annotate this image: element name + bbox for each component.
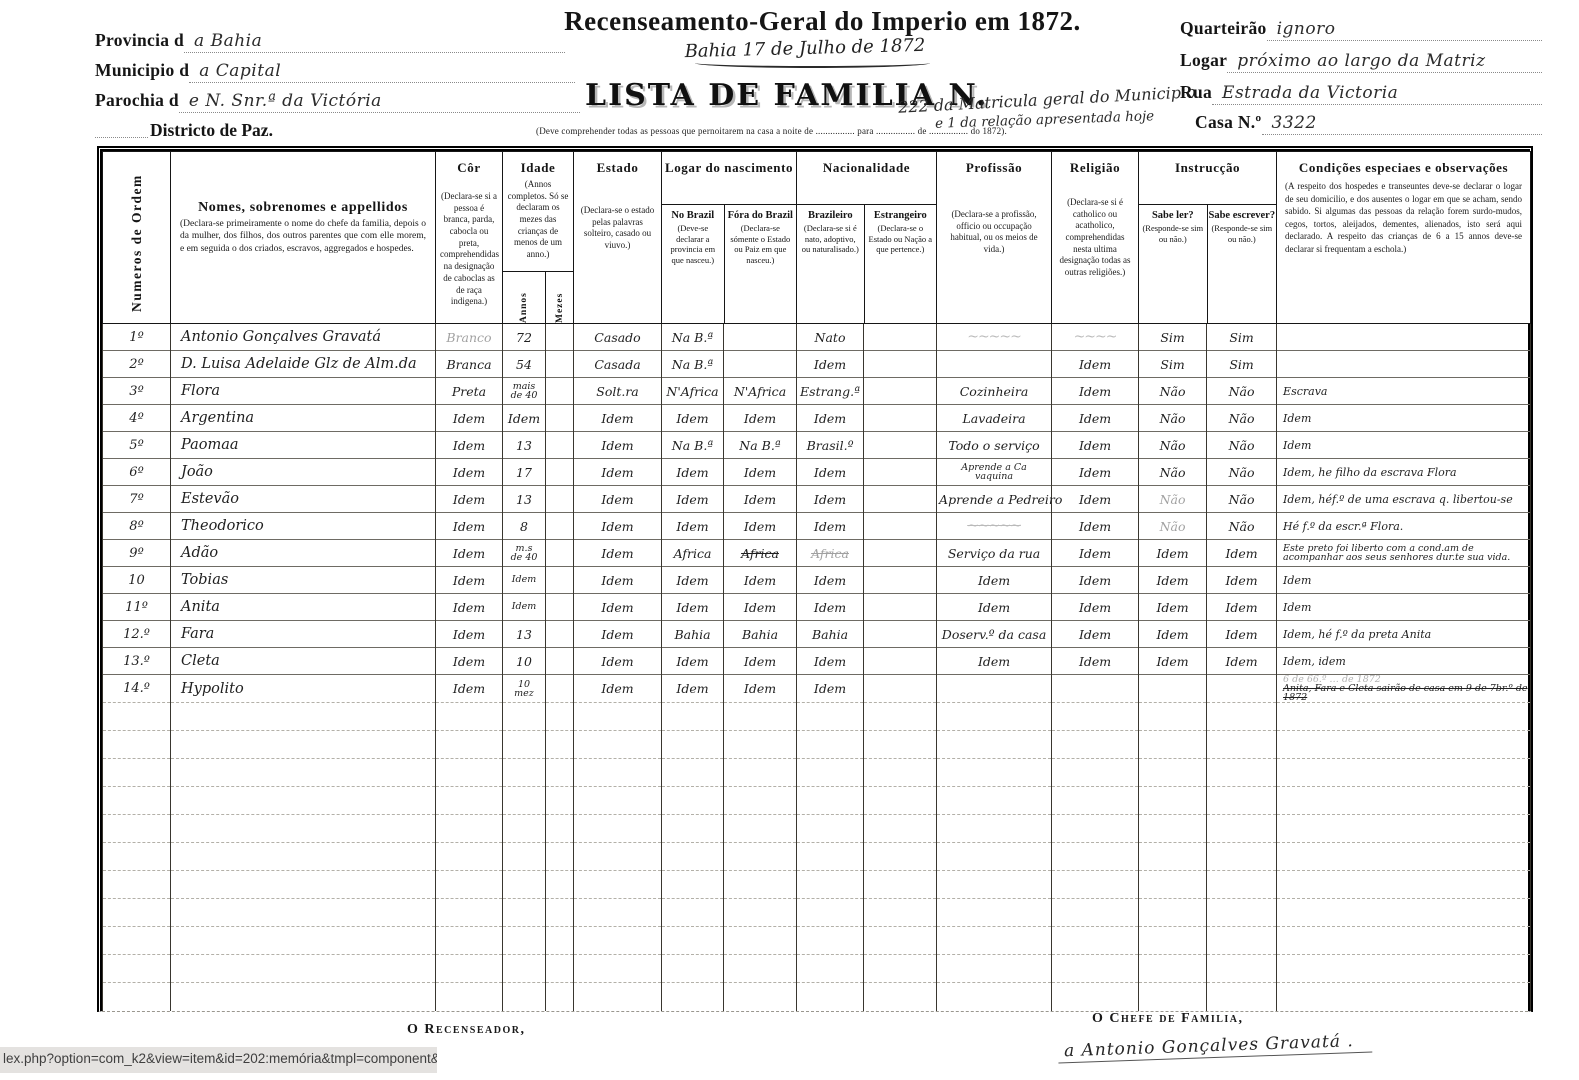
cell-estado: Solt.ra — [574, 378, 662, 405]
table-row: 10TobiasIdemIdemIdemIdemIdemIdemIdemIdem… — [103, 567, 1531, 594]
cell-mezes — [546, 540, 574, 567]
cell-empty — [103, 843, 171, 871]
cell-empty — [1277, 899, 1531, 927]
cell-estrangeiro — [864, 486, 937, 513]
column-title-profissao: Profissão — [937, 160, 1051, 176]
cell-annos: Idem — [503, 405, 546, 432]
cell-empty — [574, 983, 662, 1011]
column-header-idade: Idade (Annos completos. Só se declaram o… — [503, 152, 574, 324]
cell-empty — [724, 927, 797, 955]
cell-sabe_ler: Não — [1139, 486, 1207, 513]
cell-nome: Hypolito — [171, 675, 436, 703]
cell-empty — [546, 815, 574, 843]
cell-ordem: 12.º — [103, 621, 171, 648]
table-row: 2ºD. Luisa Adelaide Glz de Alm.daBranca5… — [103, 351, 1531, 378]
cell-empty — [574, 899, 662, 927]
cell-annos: Idem — [503, 594, 546, 621]
cell-mezes — [546, 513, 574, 540]
cell-empty — [662, 899, 724, 927]
cell-empty — [864, 815, 937, 843]
cell-nome: Tobias — [171, 567, 436, 594]
cell-no_brazil: Idem — [662, 648, 724, 675]
cell-cor: Branca — [436, 351, 503, 378]
cell-sabe_escrever: Sim — [1207, 324, 1277, 351]
column-header-cor: Côr (Declara-se si a pessoa é branca, pa… — [436, 152, 503, 324]
cell-annos: 13 — [503, 486, 546, 513]
cell-mezes — [546, 486, 574, 513]
cell-ordem: 8º — [103, 513, 171, 540]
cell-cor: Idem — [436, 621, 503, 648]
deve-comprehender-note: (Deve comprehender todas as pessoas que … — [536, 126, 1148, 136]
table-row: 5ºPaomaaIdem13IdemNa B.ªNa B.ªBrasil.ºTo… — [103, 432, 1531, 459]
subcolumn-annos: Annos — [503, 272, 545, 323]
subcolumn-sabe-ler: Sabe ler? (Responde-se sim ou não.) — [1139, 205, 1207, 323]
cell-empty — [1277, 927, 1531, 955]
cell-empty — [1139, 815, 1207, 843]
cell-empty — [1277, 871, 1531, 899]
cell-religiao: Idem — [1052, 567, 1139, 594]
cell-empty — [797, 731, 864, 759]
cell-empty — [937, 759, 1052, 787]
cell-empty — [1052, 703, 1139, 731]
cell-empty — [103, 899, 171, 927]
cell-empty — [546, 703, 574, 731]
cell-empty — [171, 759, 436, 787]
quarteirao-field: Quarteirão ignoro — [1180, 18, 1542, 41]
cell-annos: 13 — [503, 432, 546, 459]
cell-estrangeiro — [864, 513, 937, 540]
cell-fora_brazil: Idem — [724, 675, 797, 703]
cell-empty — [1277, 815, 1531, 843]
cell-empty — [436, 703, 503, 731]
cell-empty — [797, 843, 864, 871]
cell-empty — [937, 731, 1052, 759]
rua-field: Rua Estrada da Victoria — [1180, 82, 1542, 105]
cell-no_brazil: Idem — [662, 405, 724, 432]
cell-sabe_escrever: Não — [1207, 378, 1277, 405]
cell-religiao: Idem — [1052, 648, 1139, 675]
cell-brazileiro: Idem — [797, 594, 864, 621]
cell-estrangeiro — [864, 459, 937, 486]
column-title-estado: Estado — [574, 160, 661, 176]
cell-empty — [171, 843, 436, 871]
cell-sabe_escrever: Idem — [1207, 594, 1277, 621]
cell-empty — [1207, 955, 1277, 983]
cell-empty — [724, 899, 797, 927]
column-note-profissao: (Declara-se a profissão, officio ou occu… — [937, 206, 1051, 259]
cell-ordem: 3º — [103, 378, 171, 405]
cell-empty — [1277, 731, 1531, 759]
cell-obs: Idem — [1277, 567, 1531, 594]
cell-sabe_ler — [1139, 675, 1207, 703]
cell-no_brazil: Idem — [662, 459, 724, 486]
cell-religiao: Idem — [1052, 513, 1139, 540]
logar-field: Logar próximo ao largo da Matriz — [1180, 50, 1542, 73]
cell-empty — [503, 703, 546, 731]
table-empty-row — [103, 927, 1531, 955]
cell-empty — [1207, 815, 1277, 843]
column-note-idade: (Annos completos. Só se declaram os meze… — [503, 176, 573, 264]
column-header-ordem: Numeros de Ordem — [103, 152, 171, 324]
cell-obs — [1277, 324, 1531, 351]
cell-estrangeiro — [864, 621, 937, 648]
table-empty-row — [103, 871, 1531, 899]
cell-empty — [937, 899, 1052, 927]
cell-mezes — [546, 675, 574, 703]
subcolumn-brazileiro-note: (Declara-se si é nato, adoptivo, ou natu… — [797, 221, 864, 257]
cell-empty — [574, 815, 662, 843]
table-empty-row — [103, 899, 1531, 927]
cell-sabe_ler: Idem — [1139, 648, 1207, 675]
cell-cor: Idem — [436, 648, 503, 675]
cell-empty — [797, 955, 864, 983]
parochia-label: Parochia d — [95, 90, 179, 111]
cell-empty — [662, 815, 724, 843]
cell-empty — [864, 899, 937, 927]
cell-empty — [171, 983, 436, 1011]
cell-empty — [436, 815, 503, 843]
cell-nome: D. Luisa Adelaide Glz de Alm.da — [171, 351, 436, 378]
subcolumn-sabe-ler-label: Sabe ler? — [1139, 210, 1207, 221]
cell-empty — [1139, 983, 1207, 1011]
municipio-field: Municipio d a Capital — [95, 60, 575, 83]
subcolumn-brazileiro: Brazileiro (Declara-se si é nato, adopti… — [797, 205, 864, 323]
cell-no_brazil: Na B.ª — [662, 351, 724, 378]
table-empty-row — [103, 955, 1531, 983]
cell-profissao: ~~~~~ — [937, 324, 1052, 351]
cell-obs: Idem, he filho da escrava Flora — [1277, 459, 1531, 486]
cell-empty — [503, 955, 546, 983]
cell-empty — [503, 843, 546, 871]
subcolumn-estrangeiro-note: (Declara-se o Estado ou Nação a que pert… — [865, 221, 936, 257]
nacionalidade-subcolumns: Brazileiro (Declara-se si é nato, adopti… — [797, 204, 936, 323]
column-title-cor: Côr — [436, 160, 502, 176]
cell-empty — [724, 787, 797, 815]
cell-profissao — [937, 675, 1052, 703]
cell-fora_brazil: Idem — [724, 486, 797, 513]
cell-empty — [1207, 787, 1277, 815]
cell-no_brazil: Idem — [662, 513, 724, 540]
table-empty-row — [103, 843, 1531, 871]
cell-empty — [864, 731, 937, 759]
cell-empty — [103, 815, 171, 843]
subcolumn-fora-brazil-note: (Declara-se sómente o Estado ou Paiz em … — [725, 221, 796, 268]
cell-empty — [724, 815, 797, 843]
cell-no_brazil: Idem — [662, 675, 724, 703]
recenseador-label: O Recenseador, — [407, 1022, 525, 1038]
cell-empty — [724, 703, 797, 731]
cell-sabe_ler: Idem — [1139, 594, 1207, 621]
cell-empty — [1139, 927, 1207, 955]
subcolumn-estrangeiro: Estrangeiro (Declara-se o Estado ou Naçã… — [864, 205, 936, 323]
cell-empty — [436, 927, 503, 955]
cell-religiao: Idem — [1052, 351, 1139, 378]
column-header-estado: Estado (Declara-se o estado pelas palavr… — [574, 152, 662, 324]
subcolumn-no-brazil: No Brazil (Deve-se declarar a provincia … — [662, 205, 724, 323]
cell-obs: Hé f.º da escr.ª Flora. — [1277, 513, 1531, 540]
cell-sabe_ler: Idem — [1139, 567, 1207, 594]
census-table-frame: Numeros de Ordem Nomes, sobrenomes e app… — [97, 146, 1533, 1012]
cell-nome: Theodorico — [171, 513, 436, 540]
table-row: 7ºEstevãoIdem13IdemIdemIdemIdemAprende a… — [103, 486, 1531, 513]
cell-empty — [436, 955, 503, 983]
date-flourish — [695, 58, 930, 68]
column-title-condicoes: Condições especiaes e observações — [1277, 160, 1530, 176]
cell-estrangeiro — [864, 567, 937, 594]
cell-nome: Estevão — [171, 486, 436, 513]
cell-estado: Idem — [574, 513, 662, 540]
table-body: 1ºAntonio Gonçalves GravatáBranco72Casad… — [103, 324, 1531, 1011]
cell-empty — [1052, 787, 1139, 815]
cell-profissao: Aprende a Cavaquina — [937, 459, 1052, 486]
cell-profissao: ~~~~~ — [937, 513, 1052, 540]
cell-annos: Idem — [503, 567, 546, 594]
cell-empty — [103, 787, 171, 815]
cell-nome: Fara — [171, 621, 436, 648]
column-title-instruccao: Instrucção — [1139, 160, 1276, 176]
cell-empty — [1052, 871, 1139, 899]
subcolumn-mezes: Mezes — [545, 272, 573, 323]
table-row: 11ºAnitaIdemIdemIdemIdemIdemIdemIdemIdem… — [103, 594, 1531, 621]
cell-empty — [937, 927, 1052, 955]
cell-empty — [864, 703, 937, 731]
column-header-profissao: Profissão (Declara-se a profissão, offic… — [937, 152, 1052, 324]
cell-empty — [503, 787, 546, 815]
instruccao-subcolumns: Sabe ler? (Responde-se sim ou não.) Sabe… — [1139, 204, 1276, 323]
cell-empty — [503, 927, 546, 955]
cell-nome: Paomaa — [171, 432, 436, 459]
subcolumn-no-brazil-label: No Brazil — [662, 210, 724, 221]
cell-empty — [1207, 731, 1277, 759]
cell-empty — [1277, 983, 1531, 1011]
cell-profissao — [937, 351, 1052, 378]
cell-empty — [662, 759, 724, 787]
cell-empty — [797, 927, 864, 955]
cell-no_brazil: Idem — [662, 486, 724, 513]
cell-no_brazil: Bahia — [662, 621, 724, 648]
cell-empty — [797, 815, 864, 843]
cell-brazileiro: Nato — [797, 324, 864, 351]
subcolumn-sabe-escrever: Sabe escrever? (Responde-se sim ou não.) — [1207, 205, 1277, 323]
cell-sabe_escrever: Não — [1207, 432, 1277, 459]
cell-brazileiro: Brasil.º — [797, 432, 864, 459]
cell-empty — [1207, 871, 1277, 899]
cell-cor: Idem — [436, 540, 503, 567]
cell-sabe_escrever: Idem — [1207, 540, 1277, 567]
cell-annos: 54 — [503, 351, 546, 378]
cell-sabe_ler: Idem — [1139, 540, 1207, 567]
cell-empty — [864, 955, 937, 983]
document-title: Recenseamento-Geral do Imperio em 1872. — [540, 6, 1105, 37]
cell-empty — [546, 843, 574, 871]
cell-cor: Idem — [436, 513, 503, 540]
cell-annos: 17 — [503, 459, 546, 486]
cell-empty — [1139, 843, 1207, 871]
municipio-label: Municipio d — [95, 60, 189, 81]
cell-ordem: 9º — [103, 540, 171, 567]
cell-empty — [103, 955, 171, 983]
districto-label: Districto de Paz. — [150, 120, 273, 141]
cell-empty — [574, 871, 662, 899]
cell-empty — [724, 843, 797, 871]
table-empty-row — [103, 983, 1531, 1011]
cell-empty — [662, 983, 724, 1011]
column-title-religiao: Religião — [1052, 160, 1138, 176]
table-empty-row — [103, 703, 1531, 731]
cell-empty — [1277, 843, 1531, 871]
cell-estrangeiro — [864, 675, 937, 703]
column-header-instruccao: Instrucção Sabe ler? (Responde-se sim ou… — [1139, 152, 1277, 324]
cell-empty — [1052, 759, 1139, 787]
cell-empty — [724, 731, 797, 759]
cell-obs: Este preto foi liberto com a cond.am dea… — [1277, 540, 1531, 567]
column-note-cor: (Declara-se si a pessoa é branca, parda,… — [436, 188, 502, 311]
logar-label: Logar — [1180, 50, 1227, 71]
logar-value: próximo ao largo da Matriz — [1227, 51, 1542, 73]
cell-fora_brazil: Africa — [724, 540, 797, 567]
cell-brazileiro: Idem — [797, 486, 864, 513]
cell-empty — [662, 955, 724, 983]
subcolumn-fora-brazil-label: Fóra do Brazil — [725, 210, 796, 221]
cell-religiao: Idem — [1052, 486, 1139, 513]
cell-empty — [503, 731, 546, 759]
chefe-familia-signature: a Antonio Gonçalves Gravatá . — [1058, 1031, 1372, 1064]
cell-obs: Idem — [1277, 432, 1531, 459]
cell-ordem: 13.º — [103, 648, 171, 675]
cell-empty — [503, 815, 546, 843]
subcolumn-no-brazil-note: (Deve-se declarar a provincia em que nas… — [662, 221, 724, 268]
cell-empty — [503, 983, 546, 1011]
cell-religiao: ~~~~ — [1052, 324, 1139, 351]
column-header-nacionalidade: Nacionalidade Brazileiro (Declara-se si … — [797, 152, 937, 324]
cell-empty — [574, 703, 662, 731]
cell-sabe_escrever: Idem — [1207, 567, 1277, 594]
cell-profissao: Serviço da rua — [937, 540, 1052, 567]
cell-empty — [937, 703, 1052, 731]
cell-ordem: 4º — [103, 405, 171, 432]
rua-value: Estrada da Victoria — [1212, 83, 1542, 105]
cell-profissao: Aprende a Pedreiro — [937, 486, 1052, 513]
cell-estrangeiro — [864, 540, 937, 567]
cell-empty — [864, 927, 937, 955]
cell-estado: Idem — [574, 648, 662, 675]
cell-religiao: Idem — [1052, 378, 1139, 405]
cell-empty — [574, 787, 662, 815]
cell-empty — [662, 787, 724, 815]
cell-fora_brazil — [724, 324, 797, 351]
cell-empty — [103, 927, 171, 955]
cell-estrangeiro — [864, 378, 937, 405]
cell-mezes — [546, 648, 574, 675]
cell-empty — [797, 759, 864, 787]
cell-empty — [1139, 871, 1207, 899]
cell-mezes — [546, 351, 574, 378]
cell-empty — [1139, 759, 1207, 787]
cell-religiao: Idem — [1052, 432, 1139, 459]
cell-estado: Idem — [574, 540, 662, 567]
table-empty-row — [103, 759, 1531, 787]
cell-empty — [546, 787, 574, 815]
cell-ordem: 11º — [103, 594, 171, 621]
cell-empty — [574, 759, 662, 787]
cell-empty — [546, 759, 574, 787]
casa-value: 3322 — [1262, 113, 1542, 135]
cell-empty — [103, 983, 171, 1011]
cell-brazileiro: Idem — [797, 567, 864, 594]
cell-empty — [797, 787, 864, 815]
cell-estado: Casado — [574, 324, 662, 351]
cell-ordem: 1º — [103, 324, 171, 351]
cell-religiao: Idem — [1052, 540, 1139, 567]
cell-ordem: 2º — [103, 351, 171, 378]
cell-obs: 6 de 66.º … de 1872Anita, Fara e Cleta s… — [1277, 675, 1531, 703]
cell-empty — [546, 955, 574, 983]
cell-empty — [724, 871, 797, 899]
cell-profissao: Idem — [937, 567, 1052, 594]
subcolumn-sabe-ler-note: (Responde-se sim ou não.) — [1139, 221, 1207, 246]
cell-empty — [724, 955, 797, 983]
cell-nome: Argentina — [171, 405, 436, 432]
cell-fora_brazil: Idem — [724, 405, 797, 432]
cell-mezes — [546, 621, 574, 648]
cell-mezes — [546, 594, 574, 621]
cell-empty — [503, 899, 546, 927]
cell-empty — [103, 871, 171, 899]
cell-estado: Idem — [574, 405, 662, 432]
cell-obs — [1277, 351, 1531, 378]
cell-brazileiro: Idem — [797, 459, 864, 486]
cell-religiao: Idem — [1052, 459, 1139, 486]
cell-sabe_escrever: Sim — [1207, 351, 1277, 378]
cell-empty — [1052, 927, 1139, 955]
cell-annos: m.sde 40 — [503, 540, 546, 567]
cell-empty — [1277, 703, 1531, 731]
browser-status-bar: lex.php?option=com_k2&view=item&id=202:m… — [0, 1047, 437, 1073]
cell-sabe_ler: Não — [1139, 432, 1207, 459]
cell-empty — [171, 871, 436, 899]
subcolumn-brazileiro-label: Brazileiro — [797, 210, 864, 221]
cell-empty — [574, 927, 662, 955]
cell-annos: 10 — [503, 648, 546, 675]
cell-empty — [662, 871, 724, 899]
cell-fora_brazil: Idem — [724, 648, 797, 675]
cell-empty — [662, 843, 724, 871]
cell-mezes — [546, 324, 574, 351]
cell-estado: Casada — [574, 351, 662, 378]
cell-empty — [171, 927, 436, 955]
cell-mezes — [546, 405, 574, 432]
cell-nome: Anita — [171, 594, 436, 621]
cell-mezes — [546, 378, 574, 405]
cell-empty — [1139, 731, 1207, 759]
cell-religiao: Idem — [1052, 594, 1139, 621]
subcolumn-annos-label: Annos — [519, 277, 529, 323]
cell-empty — [797, 899, 864, 927]
cell-cor: Preta — [436, 378, 503, 405]
cell-ordem: 5º — [103, 432, 171, 459]
cell-sabe_ler: Não — [1139, 405, 1207, 432]
cell-fora_brazil — [724, 351, 797, 378]
cell-no_brazil: N'Africa — [662, 378, 724, 405]
provincia-label: Provincia d — [95, 30, 184, 51]
cell-sabe_escrever: Não — [1207, 459, 1277, 486]
cell-empty — [171, 955, 436, 983]
column-title-nomes: Nomes, sobrenomes e appellidos — [171, 200, 435, 216]
cell-empty — [1277, 787, 1531, 815]
cell-profissao: Cozinheira — [937, 378, 1052, 405]
cell-brazileiro: Idem — [797, 405, 864, 432]
cell-empty — [436, 983, 503, 1011]
